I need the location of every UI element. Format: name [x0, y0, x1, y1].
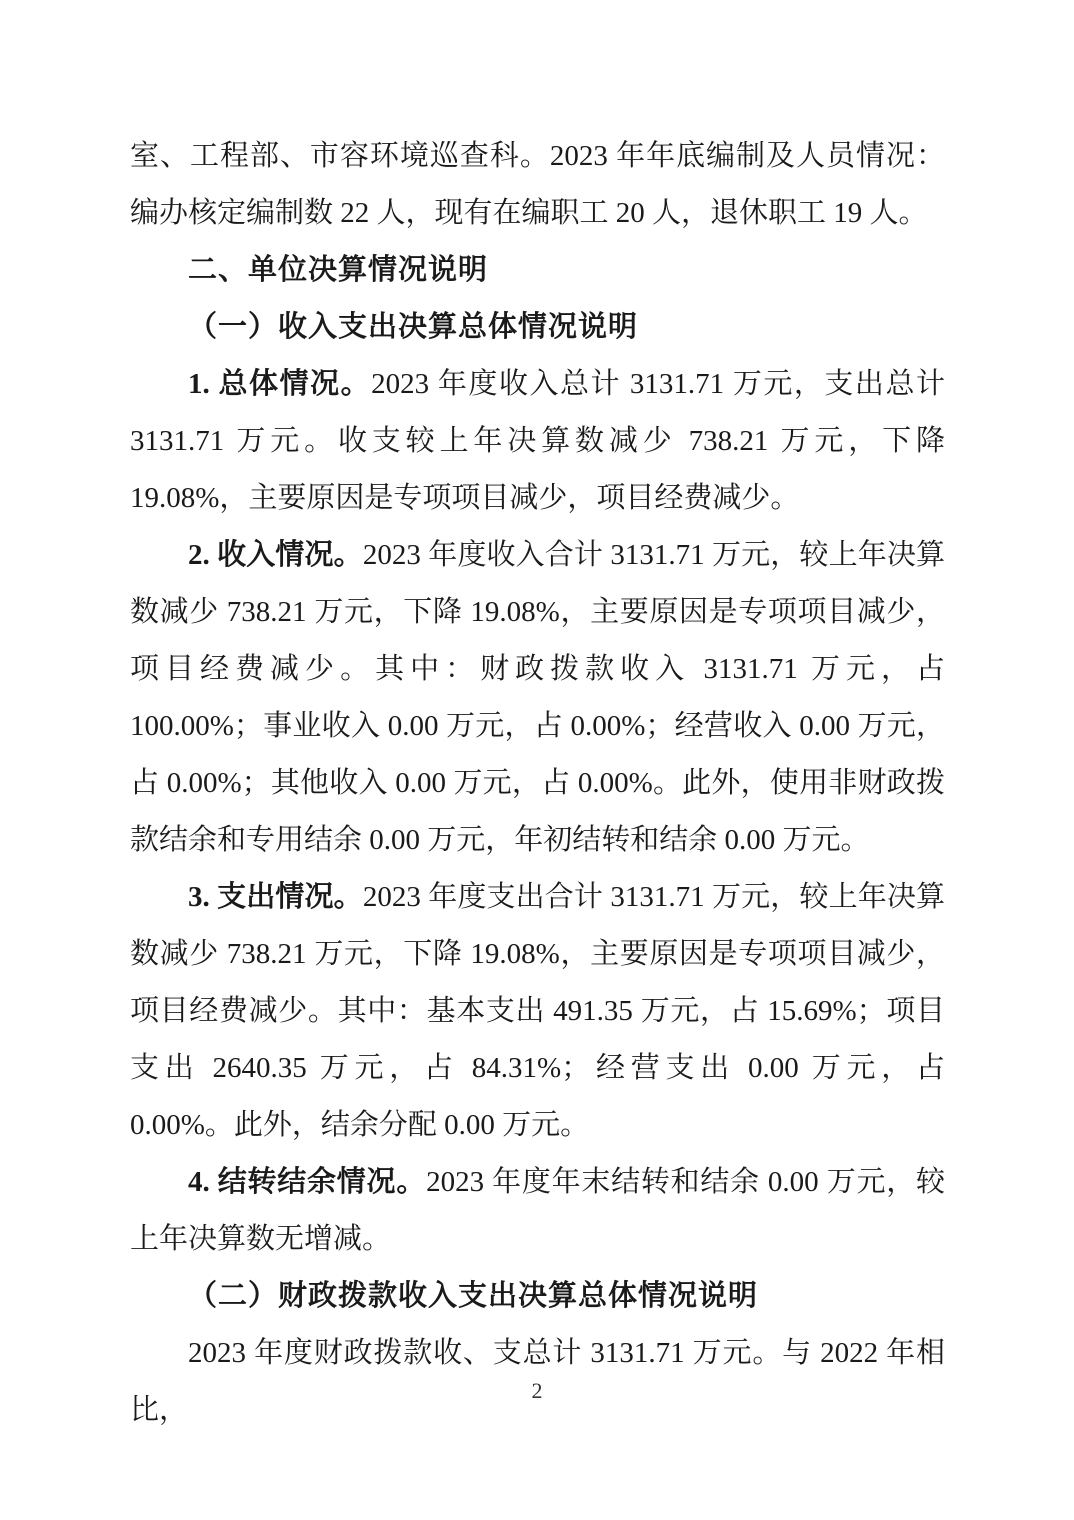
subsection-1-heading: （一）收入支出决算总体情况说明 — [130, 299, 945, 356]
paragraph-income-situation: 2. 收入情况。2023 年度收入合计 3131.71 万元，较上年决算数减少 … — [130, 527, 945, 869]
paragraph-expenditure-situation: 3. 支出情况。2023 年度支出合计 3131.71 万元，较上年决算数减少 … — [130, 869, 945, 1154]
paragraph-4-label: 4. 结转结余情况。 — [188, 1166, 426, 1198]
continuation-paragraph: 室、工程部、市容环境巡查科。2023 年年底编制及人员情况：编办核定编制数 22… — [130, 128, 945, 242]
paragraph-1-label: 1. 总体情况。 — [188, 368, 371, 400]
paragraph-2-label: 2. 收入情况。 — [188, 539, 363, 571]
section-heading: 二、单位决算情况说明 — [130, 242, 945, 299]
document-page: 室、工程部、市容环境巡查科。2023 年年底编制及人员情况：编办核定编制数 22… — [0, 0, 1074, 1520]
paragraph-carryover-situation: 4. 结转结余情况。2023 年度年末结转和结余 0.00 万元，较上年决算数无… — [130, 1154, 945, 1268]
paragraph-2-text: 2023 年度收入合计 3131.71 万元，较上年决算数减少 738.21 万… — [130, 539, 945, 856]
page-number: 2 — [532, 1378, 543, 1403]
page-footer: 2 — [0, 1378, 1074, 1404]
subsection-2-heading: （二）财政拨款收入支出决算总体情况说明 — [130, 1268, 945, 1325]
paragraph-3-label: 3. 支出情况。 — [188, 881, 363, 913]
paragraph-overall-situation: 1. 总体情况。2023 年度收入总计 3131.71 万元，支出总计 3131… — [130, 356, 945, 527]
document-content: 室、工程部、市容环境巡查科。2023 年年底编制及人员情况：编办核定编制数 22… — [130, 128, 945, 1439]
paragraph-3-text: 2023 年度支出合计 3131.71 万元，较上年决算数减少 738.21 万… — [130, 881, 945, 1141]
